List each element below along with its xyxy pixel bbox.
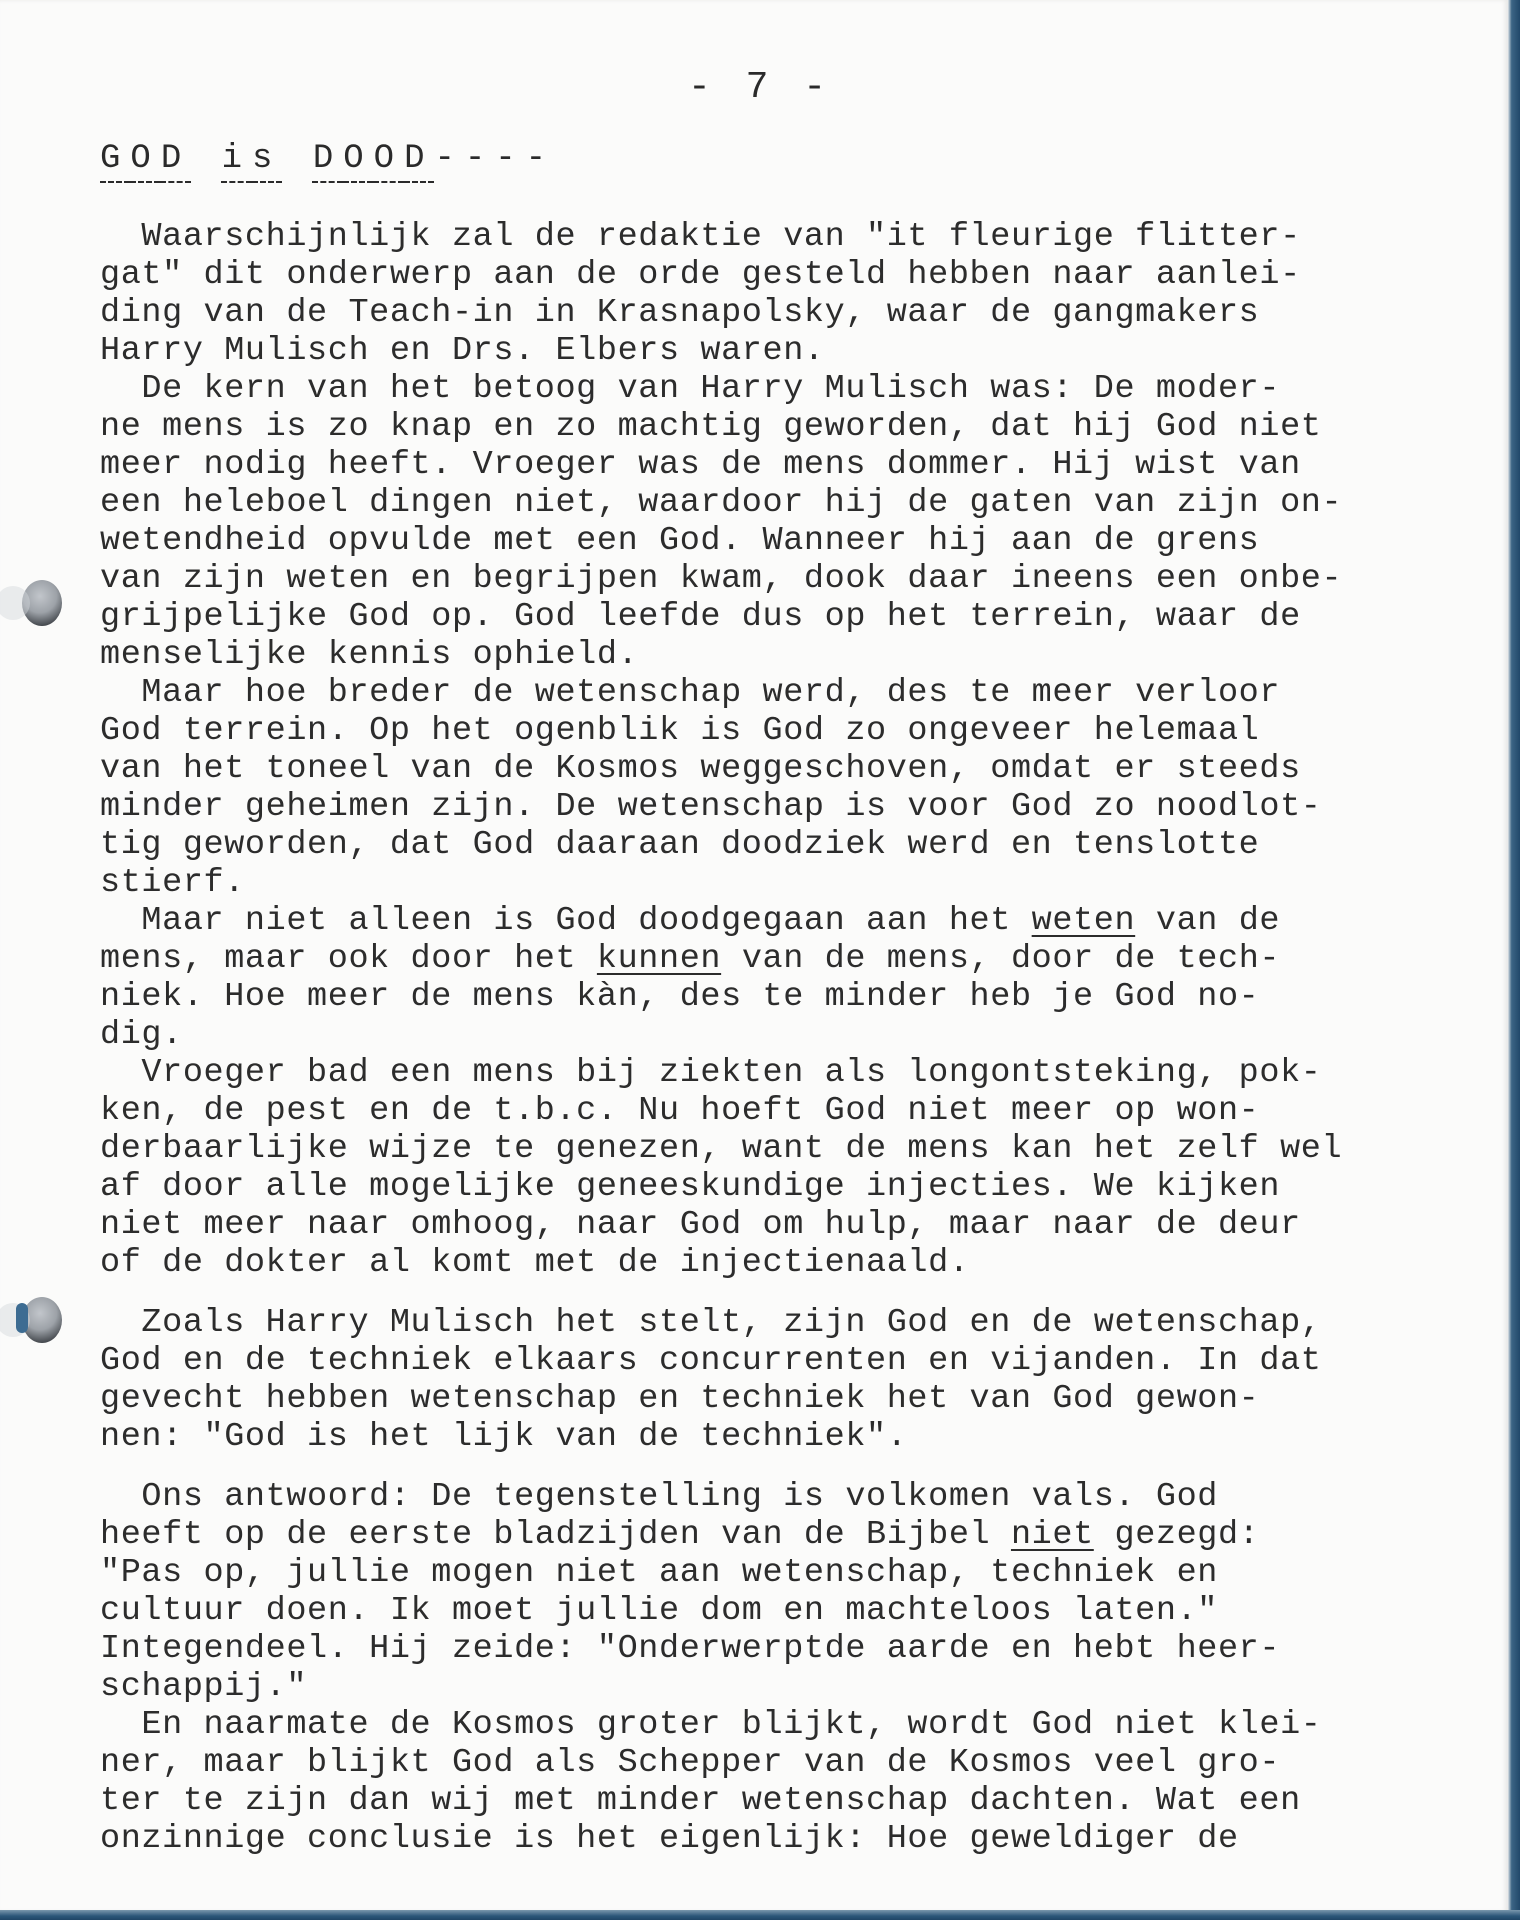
page-edge-right	[1508, 0, 1520, 1920]
text-line: Vroeger bad een mens bij ziekten als lon…	[100, 1054, 1500, 1092]
text-line: Zoals Harry Mulisch het stelt, zijn God …	[100, 1304, 1500, 1342]
text-line: of de dokter al komt met de injectienaal…	[100, 1244, 1500, 1282]
punch-hole-icon	[22, 580, 62, 626]
text-line: ter te zijn dan wij met minder wetenscha…	[100, 1782, 1500, 1820]
text-line: De kern van het betoog van Harry Mulisch…	[100, 370, 1500, 408]
text-line: En naarmate de Kosmos groter blijkt, wor…	[100, 1706, 1500, 1744]
text-line: derbaarlijke wijze te genezen, want de m…	[100, 1130, 1500, 1168]
page-number: - 7 -	[0, 66, 1520, 109]
text-line: dig.	[100, 1016, 1500, 1054]
text-line: niek. Hoe meer de mens kàn, des te minde…	[100, 978, 1500, 1016]
text-line: menselijke kennis ophield.	[100, 636, 1500, 674]
text-line: van het toneel van de Kosmos weggeschove…	[100, 750, 1500, 788]
text-line: nen: "God is het lijk van de techniek".	[100, 1418, 1500, 1456]
text-line: niet meer naar omhoog, naar God om hulp,…	[100, 1206, 1500, 1244]
document-body: Waarschijnlijk zal de redaktie van "it f…	[100, 218, 1500, 1858]
text-line: onzinnige conclusie is het eigenlijk: Ho…	[100, 1820, 1500, 1858]
text-line: Waarschijnlijk zal de redaktie van "it f…	[100, 218, 1500, 256]
text-line: gevecht hebben wetenschap en techniek he…	[100, 1380, 1500, 1418]
text-line: mens, maar ook door het kunnen van de me…	[100, 940, 1500, 978]
text-line: cultuur doen. Ik moet jullie dom en mach…	[100, 1592, 1500, 1630]
text-line: gat" dit onderwerp aan de orde gesteld h…	[100, 256, 1500, 294]
text-line: ne mens is zo knap en zo machtig geworde…	[100, 408, 1500, 446]
text-line: Harry Mulisch en Drs. Elbers waren.	[100, 332, 1500, 370]
text-line: God en de techniek elkaars concurrenten …	[100, 1342, 1500, 1380]
text-line: Ons antwoord: De tegenstelling is volkom…	[100, 1478, 1500, 1516]
text-line: minder geheimen zijn. De wetenschap is v…	[100, 788, 1500, 826]
paragraph-gap	[100, 1282, 1500, 1304]
text-line: Integendeel. Hij zeide: "Onderwerptde aa…	[100, 1630, 1500, 1668]
text-line: Maar niet alleen is God doodgegaan aan h…	[100, 902, 1500, 940]
underlined-word: kunnen	[597, 940, 721, 978]
text-line: "Pas op, jullie mogen niet aan wetenscha…	[100, 1554, 1500, 1592]
text-line: een heleboel dingen niet, waardoor hij d…	[100, 484, 1500, 522]
text-line: ken, de pest en de t.b.c. Nu hoeft God n…	[100, 1092, 1500, 1130]
text-line: ner, maar blijkt God als Schepper van de…	[100, 1744, 1500, 1782]
text-line: schappij."	[100, 1668, 1500, 1706]
underlined-word: weten	[1032, 902, 1136, 940]
document-title: GOD is DOOD----	[100, 140, 556, 178]
text-line: van zijn weten en begrijpen kwam, dook d…	[100, 560, 1500, 598]
text-line: stierf.	[100, 864, 1500, 902]
text-line: af door alle mogelijke geneeskundige inj…	[100, 1168, 1500, 1206]
text-line: Maar hoe breder de wetenschap werd, des …	[100, 674, 1500, 712]
text-line: God terrein. Op het ogenblik is God zo o…	[100, 712, 1500, 750]
text-line: wetendheid opvulde met een God. Wanneer …	[100, 522, 1500, 560]
punch-hole-icon	[22, 1297, 62, 1343]
underlined-word: niet	[1011, 1516, 1094, 1554]
text-line: meer nodig heeft. Vroeger was de mens do…	[100, 446, 1500, 484]
page-edge-bottom	[0, 1910, 1520, 1920]
text-line: ding van de Teach-in in Krasnapolsky, wa…	[100, 294, 1500, 332]
text-line: tig geworden, dat God daaraan doodziek w…	[100, 826, 1500, 864]
paragraph-gap	[100, 1456, 1500, 1478]
text-line: grijpelijke God op. God leefde dus op he…	[100, 598, 1500, 636]
text-line: heeft op de eerste bladzijden van de Bij…	[100, 1516, 1500, 1554]
